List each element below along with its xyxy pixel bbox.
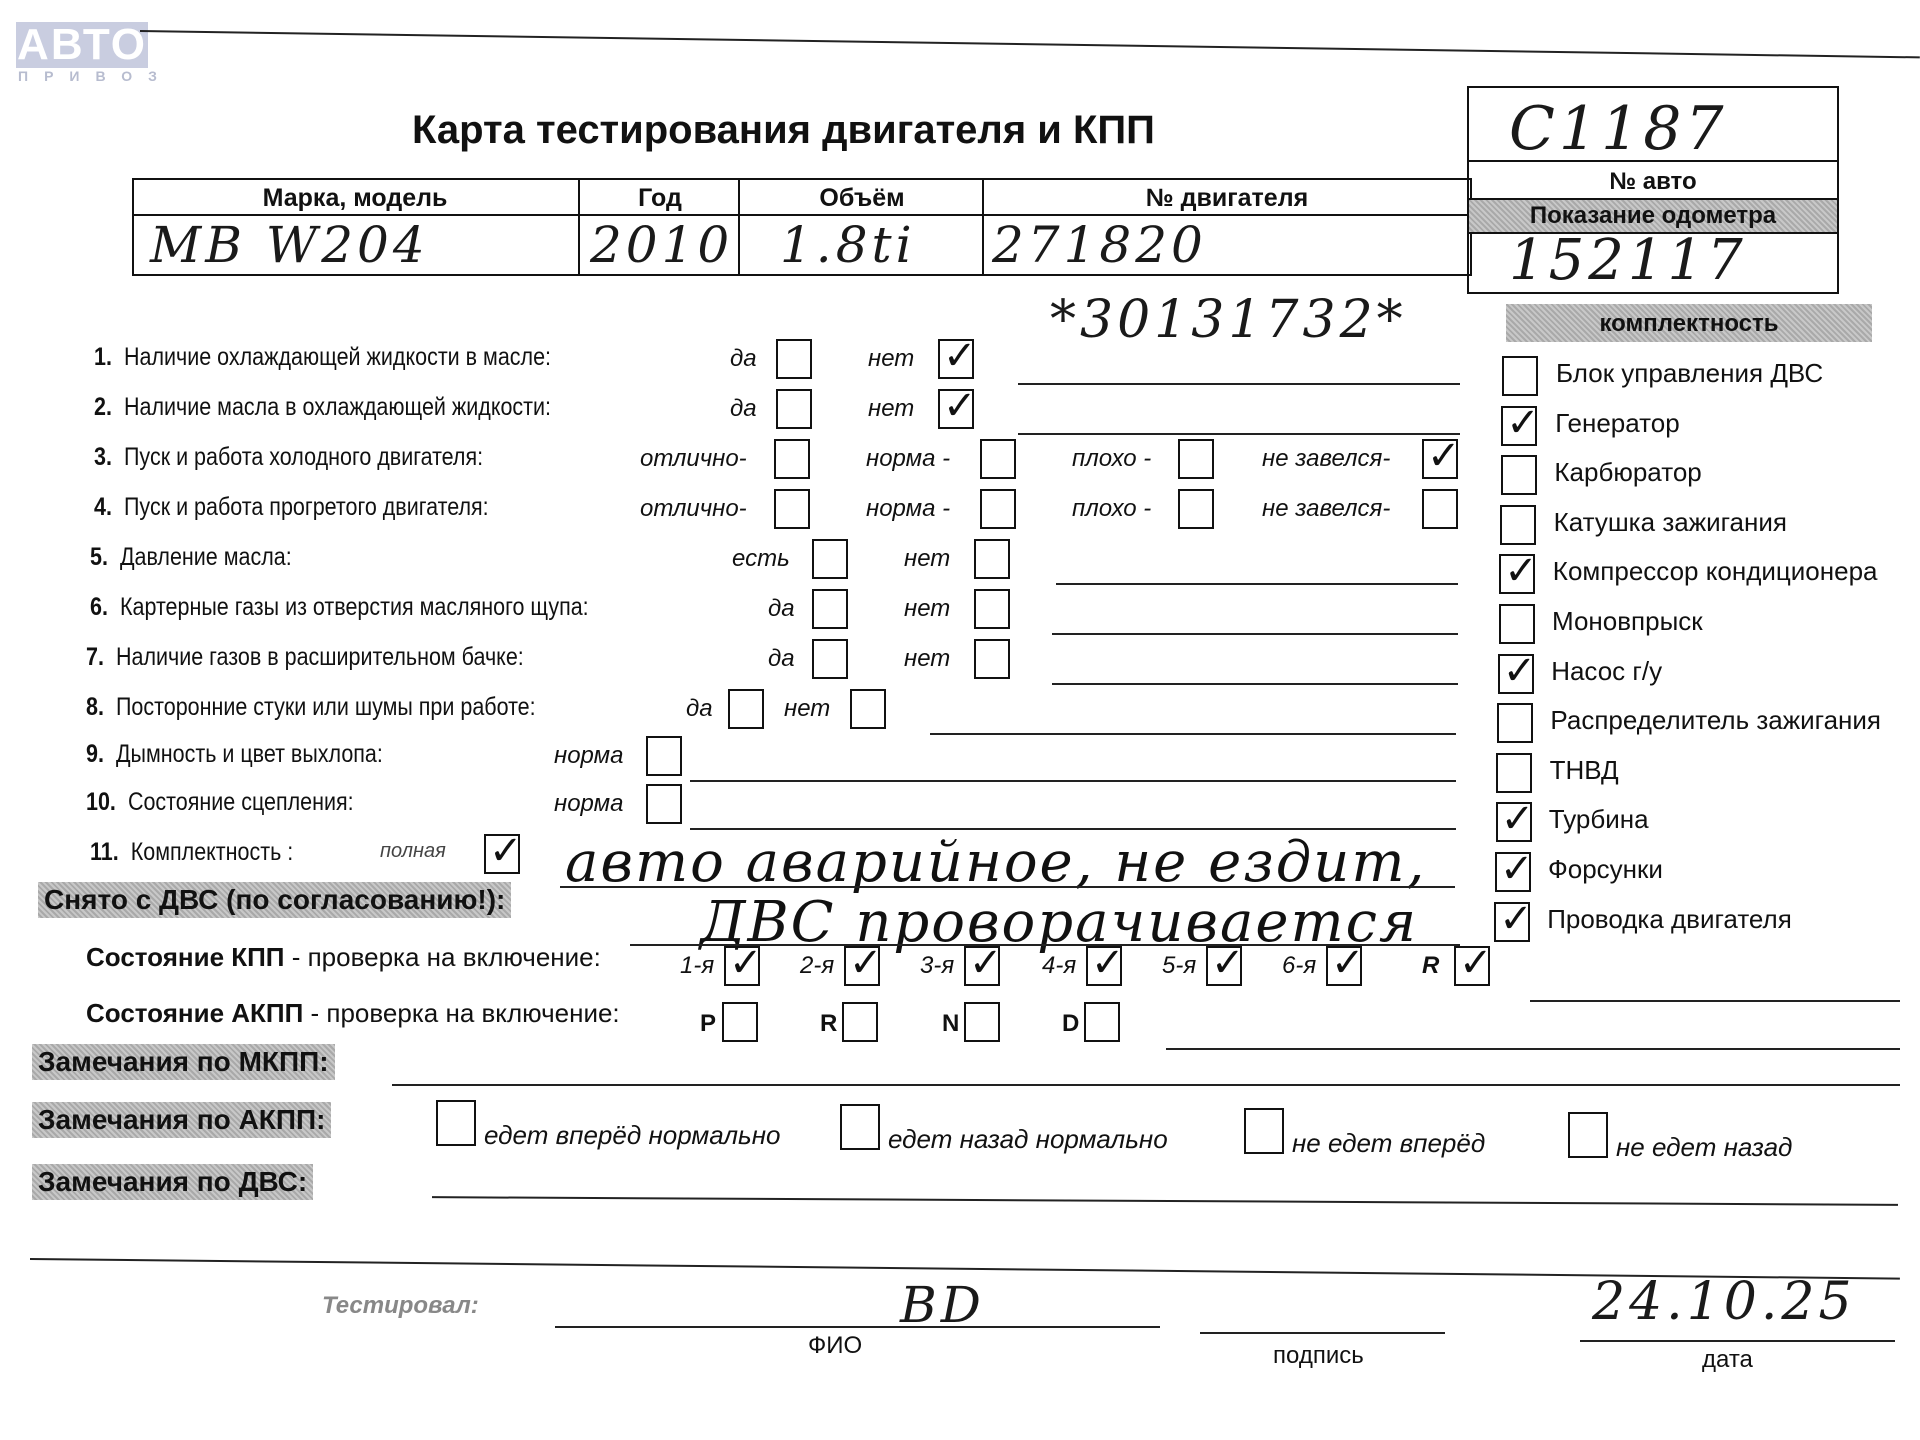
removed-label: Снято с ДВС (по согласованию!): (38, 882, 511, 918)
checkbox-5-1[interactable] (812, 539, 848, 579)
option-label: нет (904, 645, 950, 673)
option-label: не завелся- (1262, 495, 1390, 523)
question-text: Пуск и работа холодного двигателя: (124, 443, 483, 471)
remarks-engine-label: Замечания по ДВС: (32, 1164, 313, 1200)
auto-remark-checkbox-3[interactable] (1244, 1108, 1284, 1154)
position-label: P (700, 1010, 716, 1038)
gear-label: 5-я (1162, 952, 1196, 980)
manual-gearbox-subtitle: - проверка на включение: (285, 942, 601, 972)
option-label: есть (732, 545, 790, 573)
option-label: нет (868, 395, 914, 423)
kit-item-label: Форсунки (1548, 854, 1663, 885)
remarks-manual-line (392, 1084, 1900, 1086)
question-text: Дымность и цвет выхлопа: (116, 740, 383, 768)
kit-checkbox-10[interactable] (1496, 802, 1532, 842)
question-number: 3. (94, 443, 112, 471)
option-label: не завелся- (1262, 445, 1390, 473)
question-text: Наличие охлаждающей жидкости в масле: (124, 343, 551, 371)
question-number: 9. (86, 740, 104, 768)
position-checkbox-P[interactable] (722, 1002, 758, 1042)
remarks-auto-label: Замечания по АКПП: (32, 1102, 331, 1138)
checkbox-4-1[interactable] (774, 489, 810, 529)
option-label: нет (868, 345, 914, 373)
question-text: Давление масла: (120, 543, 292, 571)
name-line (555, 1326, 1160, 1328)
answer-line[interactable] (1052, 683, 1458, 685)
car-number-label: № авто (1469, 160, 1837, 200)
kit-item-label: Карбюратор (1554, 457, 1701, 488)
question-text: Наличие масла в охлаждающей жидкости: (124, 393, 551, 421)
checkbox-4-4[interactable] (1422, 489, 1458, 529)
checkbox-11-1[interactable] (484, 834, 520, 874)
kit-checkbox-12[interactable] (1494, 902, 1530, 942)
question-number: 4. (94, 493, 112, 521)
checkbox-1-1[interactable] (776, 339, 812, 379)
option-label: норма (554, 790, 623, 818)
checkbox-1-2[interactable] (938, 339, 974, 379)
auto-gearbox-subtitle: - проверка на включение: (303, 998, 619, 1028)
position-checkbox-D[interactable] (1084, 1002, 1120, 1042)
make-model-value[interactable]: MB W204 (150, 216, 429, 274)
question-number: 5. (90, 543, 108, 571)
gear-label: 1-я (680, 952, 714, 980)
gear-label: 3-я (920, 952, 954, 980)
date-caption: дата (1702, 1346, 1753, 1374)
column-volume: Объём 1.8ti (738, 180, 984, 274)
top-border-line (140, 30, 1920, 58)
year-value[interactable]: 2010 (590, 216, 733, 274)
question-text: Наличие газов в расширительном бачке: (116, 643, 524, 671)
name-caption: ФИО (808, 1332, 862, 1360)
question-10: 10.Состояние сцепления: (86, 788, 354, 817)
position-checkbox-N[interactable] (964, 1002, 1000, 1042)
gear-checkbox-3-я[interactable] (964, 946, 1000, 986)
answer-line[interactable] (1018, 383, 1460, 385)
engine-number-header: № двигателя (984, 180, 1470, 216)
checkbox-3-3[interactable] (1178, 439, 1214, 479)
column-make-model: Марка, модель MB W204 (132, 180, 578, 274)
signature-caption: подпись (1273, 1342, 1364, 1370)
gear-label: 2-я (800, 952, 834, 980)
option-label: отлично- (640, 445, 747, 473)
kit-item-label: Проводка двигателя (1547, 904, 1792, 935)
question-7: 7.Наличие газов в расширительном бачке: (86, 643, 524, 672)
gear-checkbox-4-я[interactable] (1086, 946, 1122, 986)
auto-remark-checkbox-1[interactable] (436, 1100, 476, 1146)
question-2: 2.Наличие масла в охлаждающей жидкости: (94, 393, 551, 422)
gear-label: 6-я (1282, 952, 1316, 980)
checkbox-6-1[interactable] (812, 589, 848, 629)
kit-item-label: Катушка зажигания (1554, 507, 1787, 538)
kit-item-label: Насос г/у (1551, 656, 1662, 687)
checkbox-10-1[interactable] (646, 784, 682, 824)
question-number: 8. (86, 693, 104, 721)
option-label: норма (554, 742, 623, 770)
kit-item-label: Турбина (1549, 804, 1649, 835)
kit-item-label: ТНВД (1550, 755, 1619, 786)
option-label: полная (380, 840, 446, 863)
question-8: 8.Посторонние стуки или шумы при работе: (86, 693, 536, 722)
kit-checkbox-4[interactable] (1500, 505, 1536, 545)
checkbox-9-1[interactable] (646, 736, 682, 776)
checkbox-7-1[interactable] (812, 639, 848, 679)
checkbox-7-2[interactable] (974, 639, 1010, 679)
checkbox-2-2[interactable] (938, 389, 974, 429)
position-label: D (1062, 1010, 1079, 1038)
auto-remark-label: не едет вперёд (1292, 1128, 1485, 1159)
option-label: норма - (866, 495, 950, 523)
odometer-value[interactable]: 152117 (1509, 228, 1747, 293)
page-title: Карта тестирования двигателя и КПП (412, 108, 1155, 153)
logo-subtitle: ПРИВОЗ (18, 68, 173, 84)
option-label: плохо - (1072, 445, 1151, 473)
auto-gearbox-line (1166, 1048, 1900, 1050)
checkbox-3-2[interactable] (980, 439, 1016, 479)
kit-checkbox-11[interactable] (1495, 852, 1531, 892)
kit-item-label: Моновпрыск (1552, 606, 1703, 637)
checkbox-8-1[interactable] (728, 689, 764, 729)
question-9: 9.Дымность и цвет выхлопа: (86, 740, 383, 769)
date-line (1580, 1340, 1895, 1342)
answer-line[interactable] (1018, 433, 1460, 435)
option-label: да (686, 695, 713, 723)
signature-line[interactable] (1200, 1332, 1445, 1334)
kit-checkbox-7[interactable] (1498, 654, 1534, 694)
auto-gearbox-label: Состояние АКПП - проверка на включение: (80, 996, 626, 1031)
checkbox-3-1[interactable] (774, 439, 810, 479)
manual-gearbox-line (1530, 1000, 1900, 1002)
kit-checkbox-3[interactable] (1501, 455, 1537, 495)
option-label: да (730, 395, 757, 423)
gear-checkbox-2-я[interactable] (844, 946, 880, 986)
question-number: 1. (94, 343, 112, 371)
question-number: 10. (86, 788, 116, 816)
car-number-value[interactable]: C1187 (1509, 94, 1728, 164)
manual-gearbox-title: Состояние КПП (86, 942, 285, 972)
manual-gearbox-label: Состояние КПП - проверка на включение: (80, 940, 607, 975)
kit-checkbox-1[interactable] (1502, 356, 1538, 396)
question-number: 7. (86, 643, 104, 671)
option-label: нет (784, 695, 830, 723)
question-3: 3.Пуск и работа холодного двигателя: (94, 443, 483, 472)
kit-checkbox-6[interactable] (1499, 604, 1535, 644)
checkbox-2-1[interactable] (776, 389, 812, 429)
date-value[interactable]: 24.10.25 (1592, 1272, 1856, 1332)
question-6: 6.Картерные газы из отверстия масляного … (90, 593, 589, 622)
remarks-manual-label: Замечания по МКПП: (32, 1044, 335, 1080)
kit-item-label: Распределитель зажигания (1550, 705, 1881, 736)
option-label: да (768, 595, 795, 623)
kit-item-label: Генератор (1555, 408, 1680, 439)
gear-label: R (1422, 952, 1439, 980)
gear-checkbox-5-я[interactable] (1206, 946, 1242, 986)
option-label: да (730, 345, 757, 373)
question-1: 1.Наличие охлаждающей жидкости в масле: (94, 343, 551, 372)
auto-remark-label: едет вперёд нормально (484, 1120, 780, 1151)
option-label: нет (904, 595, 950, 623)
checkbox-5-2[interactable] (974, 539, 1010, 579)
auto-remark-checkbox-2[interactable] (840, 1104, 880, 1150)
kit-checkbox-9[interactable] (1496, 753, 1532, 793)
volume-value[interactable]: 1.8ti (780, 216, 916, 274)
volume-header: Объём (740, 180, 984, 216)
gear-checkbox-6-я[interactable] (1326, 946, 1362, 986)
car-info-box: C1187 № авто Показание одометра 152117 (1467, 86, 1839, 294)
column-engine-number: № двигателя 271820 (982, 180, 1470, 274)
auto-remark-checkbox-4[interactable] (1568, 1112, 1608, 1158)
checkbox-8-2[interactable] (850, 689, 886, 729)
checkbox-4-3[interactable] (1178, 489, 1214, 529)
option-label: да (768, 645, 795, 673)
kit-checkbox-5[interactable] (1499, 554, 1535, 594)
question-4: 4.Пуск и работа прогретого двигателя: (94, 493, 489, 522)
gear-label: 4-я (1042, 952, 1076, 980)
checkbox-6-2[interactable] (974, 589, 1010, 629)
column-year: Год 2010 (578, 180, 740, 274)
make-model-header: Марка, модель (132, 180, 578, 216)
kit-checkbox-8[interactable] (1497, 703, 1533, 743)
question-number: 6. (90, 593, 108, 621)
vehicle-info-table: Марка, модель MB W204 Год 2010 Объём 1.8… (132, 178, 1472, 276)
answer-line[interactable] (1056, 583, 1458, 585)
question-text: Комплектность : (131, 838, 293, 866)
note-underline-1 (560, 886, 1455, 888)
question-text: Пуск и работа прогретого двигателя: (124, 493, 489, 521)
year-header: Год (580, 180, 740, 216)
kit-item-label: Блок управления ДВС (1556, 358, 1823, 389)
question-number: 2. (94, 393, 112, 421)
question-text: Картерные газы из отверстия масляного щу… (120, 593, 589, 621)
logo: АВТО (16, 22, 148, 68)
gear-checkbox-1-я[interactable] (724, 946, 760, 986)
gear-checkbox-R[interactable] (1454, 946, 1490, 986)
auto-remark-label: не едет назад (1616, 1132, 1792, 1163)
auto-remark-label: едет назад нормально (888, 1124, 1168, 1155)
question-text: Посторонние стуки или шумы при работе: (116, 693, 536, 721)
stamp-code: *30131732* (1050, 290, 1407, 350)
position-label: R (820, 1010, 837, 1038)
question-11: 11.Комплектность : (90, 838, 293, 867)
position-label: N (942, 1010, 959, 1038)
position-checkbox-R[interactable] (842, 1002, 878, 1042)
answer-line[interactable] (690, 780, 1456, 782)
option-label: плохо - (1072, 495, 1151, 523)
engine-number-value[interactable]: 271820 (992, 216, 1207, 274)
remarks-engine-line (432, 1196, 1898, 1206)
answer-line[interactable] (1052, 633, 1458, 635)
kit-checkbox-2[interactable] (1501, 406, 1537, 446)
question-text: Состояние сцепления: (128, 788, 354, 816)
kit-title: комплектность (1506, 304, 1872, 342)
tested-by-label: Тестировал: (322, 1292, 479, 1320)
option-label: нет (904, 545, 950, 573)
option-label: отлично- (640, 495, 747, 523)
answer-line[interactable] (930, 733, 1456, 735)
question-number: 11. (90, 838, 119, 866)
kit-item-label: Компрессор кондиционера (1553, 556, 1878, 587)
question-5: 5.Давление масла: (90, 543, 292, 572)
auto-gearbox-title: Состояние АКПП (86, 998, 303, 1028)
checkbox-3-4[interactable] (1422, 439, 1458, 479)
option-label: норма - (866, 445, 950, 473)
checkbox-4-2[interactable] (980, 489, 1016, 529)
